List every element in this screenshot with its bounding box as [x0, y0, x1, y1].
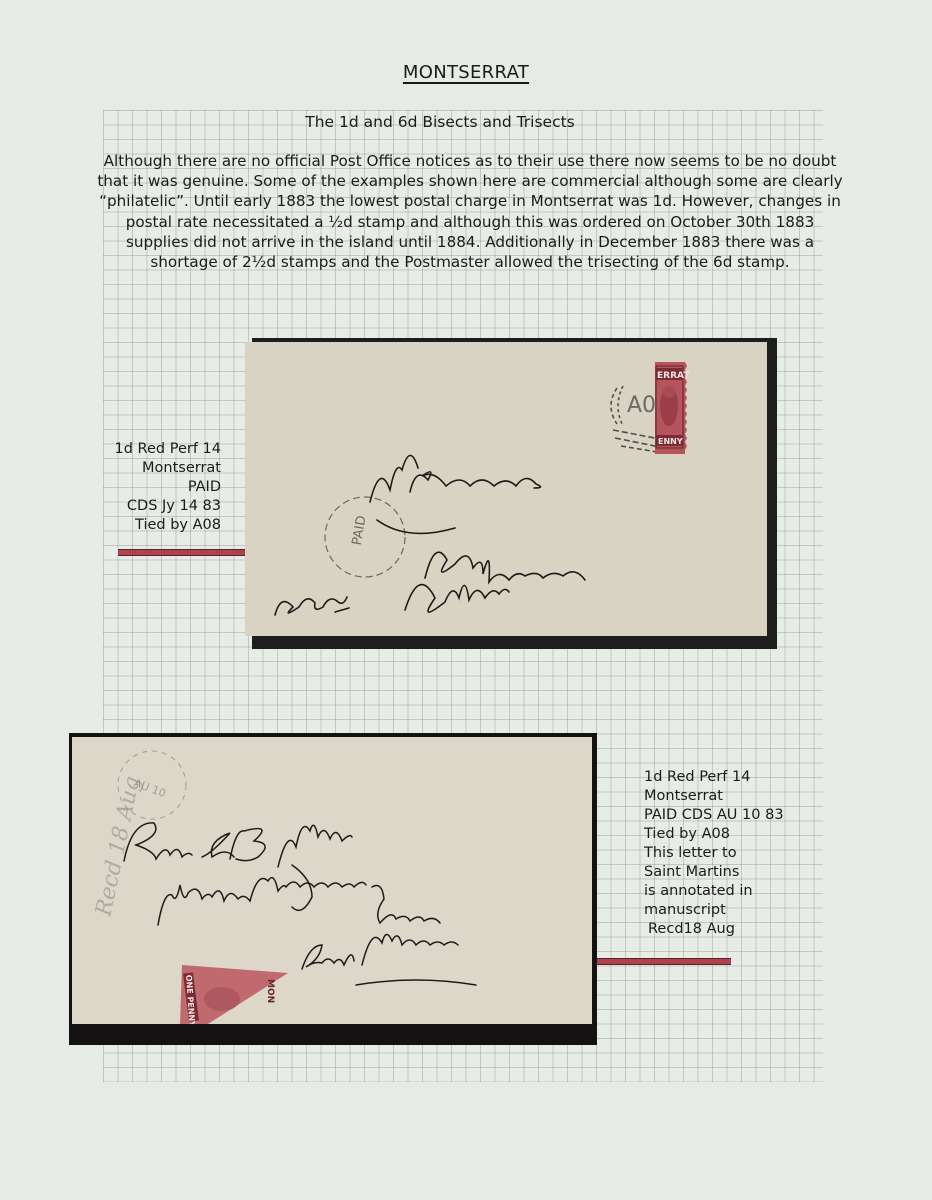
caption-line: PAID CDS AU 10 83 — [644, 806, 814, 825]
cds-postmark-icon: PAID — [325, 497, 405, 577]
page-subtitle: The 1d and 6d Bisects and Trisects — [0, 113, 880, 131]
svg-text:PAID: PAID — [350, 515, 370, 547]
caption-line: 1d Red Perf 14 — [100, 440, 221, 459]
bisect-stamp-icon: ERRAT ENNY — [655, 362, 690, 454]
bisect-stamp-icon: ONE PENNY MON — [180, 965, 288, 1024]
cover-1-caption: 1d Red Perf 14 Montserrat PAID CDS Jy 14… — [100, 440, 221, 535]
cover-2-envelope[interactable]: AU 10 Recd 18 Aug ONE PENNY MON — [72, 737, 592, 1024]
intro-paragraph: Although there are no official Post Offi… — [95, 151, 845, 272]
caption-line: This letter to — [644, 844, 814, 863]
intro-line: “philatelic”. Until early 1883 the lowes… — [95, 191, 845, 211]
cover-2-pointer-line — [597, 958, 731, 965]
cover-2-artwork: AU 10 Recd 18 Aug ONE PENNY MON — [72, 737, 592, 1024]
caption-line: PAID — [100, 478, 221, 497]
cover-1-envelope[interactable]: A08 ERRAT ENNY PAID — [245, 342, 767, 636]
cover-2-caption: 1d Red Perf 14 Montserrat PAID CDS AU 10… — [644, 768, 814, 939]
page-title: MONTSERRAT — [0, 62, 932, 83]
caption-line: manuscript — [644, 901, 814, 920]
caption-line: Montserrat — [100, 459, 221, 478]
cover-1-pointer-line — [118, 549, 246, 556]
intro-line: Although there are no official Post Offi… — [95, 151, 845, 171]
caption-line: is annotated in — [644, 882, 814, 901]
caption-line: Recd18 Aug — [644, 920, 814, 939]
recd-annotation: Recd 18 Aug — [91, 774, 145, 919]
caption-line: Saint Martins — [644, 863, 814, 882]
caption-line: Tied by A08 — [100, 516, 221, 535]
svg-text:ENNY: ENNY — [658, 437, 683, 446]
handwritten-address — [275, 455, 585, 615]
caption-line: Tied by A08 — [644, 825, 814, 844]
intro-line: postal rate necessitated a ½d stamp and … — [95, 212, 845, 232]
intro-line: supplies did not arrive in the island un… — [95, 232, 845, 252]
intro-line: shortage of 2½d stamps and the Postmaste… — [95, 252, 845, 272]
handwritten-address — [124, 823, 476, 985]
svg-text:ERRAT: ERRAT — [657, 371, 690, 381]
svg-text:MON: MON — [265, 979, 275, 1003]
caption-line: CDS Jy 14 83 — [100, 497, 221, 516]
caption-line: Montserrat — [644, 787, 814, 806]
caption-line: 1d Red Perf 14 — [644, 768, 814, 787]
cover-1-artwork: A08 ERRAT ENNY PAID — [245, 342, 767, 636]
intro-line: that it was genuine. Some of the example… — [95, 171, 845, 191]
